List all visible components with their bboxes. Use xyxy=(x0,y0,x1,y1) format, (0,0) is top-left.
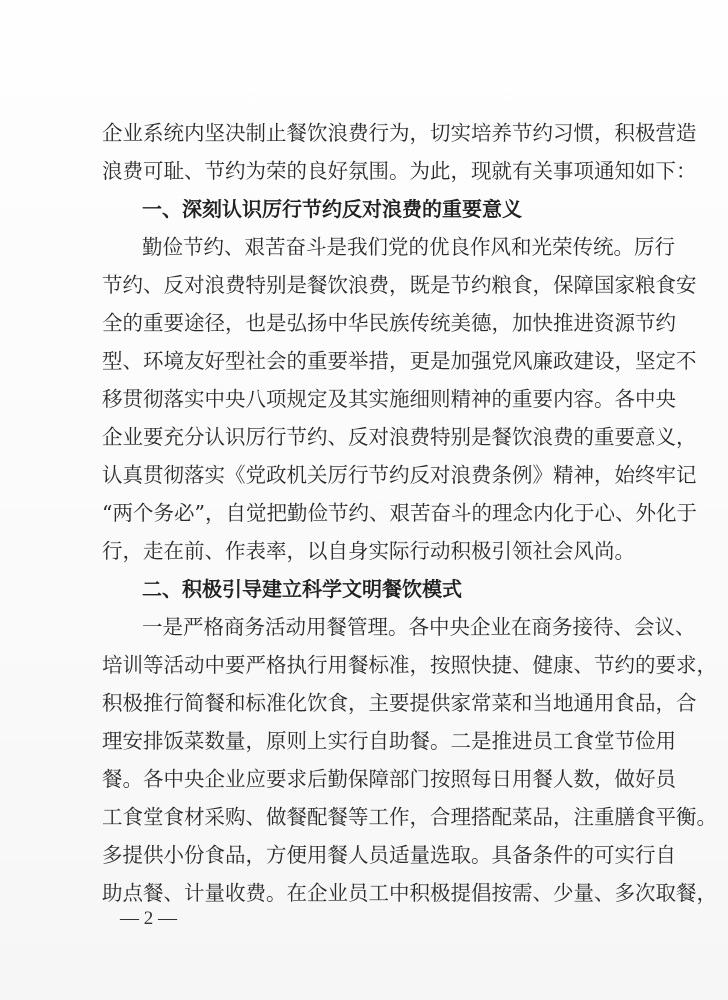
body-text-line: 企业要充分认识厉行节约、反对浪费特别是餐饮浪费的重要意义， xyxy=(102,422,634,452)
body-text-line: 餐。各中央企业应要求后勤保障部门按照每日用餐人数，做好员 xyxy=(102,764,634,794)
body-text-line: 浪费可耻、节约为荣的良好氛围。为此，现就有关事项通知如下： xyxy=(102,156,630,186)
body-text-line: 全的重要途径，也是弘扬中华民族传统美德，加快推进资源节约 xyxy=(102,308,634,338)
body-text-line: 培训等活动中要严格执行用餐标准，按照快捷、健康、节约的要求， xyxy=(102,650,634,680)
paragraph-start: 一是严格商务活动用餐管理。各中央企业在商务接待、会议、 xyxy=(142,612,634,642)
body-text-line: 理安排饭菜数量，原则上实行自助餐。二是推进员工食堂节俭用 xyxy=(102,726,634,756)
body-text-line: 积极推行简餐和标准化饮食，主要提供家常菜和当地通用食品，合 xyxy=(102,688,634,718)
body-text-line: 节约、反对浪费特别是餐饮浪费，既是节约粮食，保障国家粮食安 xyxy=(102,270,634,300)
body-text-line: 行，走在前、作表率，以自身实际行动积极引领社会风尚。 xyxy=(102,536,634,566)
body-text-line: 移贯彻落实中央八项规定及其实施细则精神的重要内容。各中央 xyxy=(102,384,634,414)
section-heading-2: 二、积极引导建立科学文明餐饮模式 xyxy=(142,574,634,604)
body-text-line: 多提供小份食品，方便用餐人员适量选取。具备条件的可实行自 xyxy=(102,840,634,870)
body-text-line: 型、环境友好型社会的重要举措，更是加强党风廉政建设，坚定不 xyxy=(102,346,634,376)
body-text-line: “两个务必”，自觉把勤俭节约、艰苦奋斗的理念内化于心、外化于 xyxy=(102,498,634,528)
body-text-line: 助点餐、计量收费。在企业员工中积极提倡按需、少量、多次取餐， xyxy=(102,878,634,908)
page-number: — 2 — xyxy=(120,908,177,930)
body-text-line: 工食堂食材采购、做餐配餐等工作，合理搭配菜品，注重膳食平衡。 xyxy=(102,802,634,832)
document-page: 企业系统内坚决制止餐饮浪费行为，切实培养节约习惯，积极营造 浪费可耻、节约为荣的… xyxy=(0,0,728,1000)
body-text-line: 认真贯彻落实《党政机关厉行节约反对浪费条例》精神，始终牢记 xyxy=(102,460,634,490)
body-text-line: 企业系统内坚决制止餐饮浪费行为，切实培养节约习惯，积极营造 xyxy=(102,118,634,148)
section-heading-1: 一、深刻认识厉行节约反对浪费的重要意义 xyxy=(142,194,634,224)
paragraph-start: 勤俭节约、艰苦奋斗是我们党的优良作风和光荣传统。厉行 xyxy=(142,232,634,262)
